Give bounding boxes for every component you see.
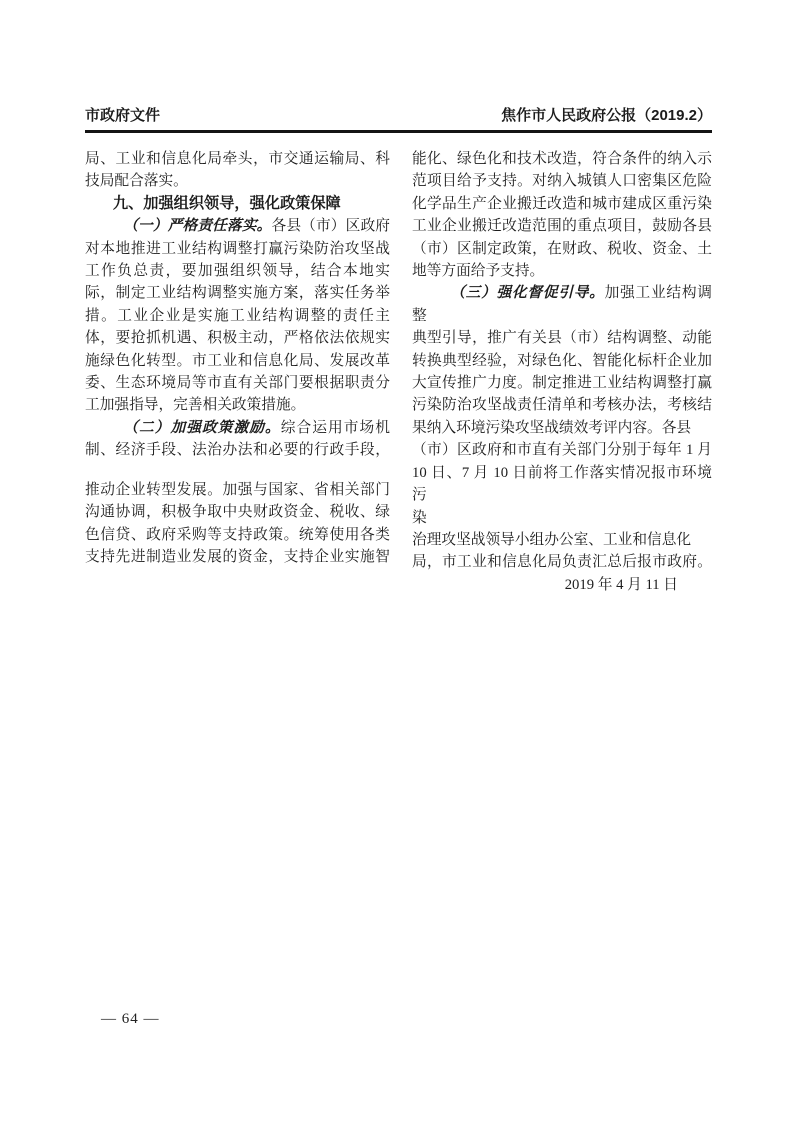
- body-text: 委、生态环境局等市直有关部门要根据职责分: [85, 375, 390, 391]
- section-heading-text: 九、加强组织领导，强化政策保障: [113, 195, 341, 212]
- text-line: 局，市工业和信息化局负责汇总后报市政府。: [412, 551, 712, 573]
- text-line: （市）区政府和市直有关部门分别于每年 1 月: [412, 439, 712, 461]
- text-line: 治理攻坚战领导小组办公室、工业和信息化: [412, 529, 712, 551]
- text-line: 局、工业和信息化局牵头，市交通运输局、科: [85, 148, 390, 170]
- text-line: 10 日、7 月 10 日前将工作落实情况报市环境污: [412, 462, 712, 507]
- text-line: 对本地推进工业结构调整打赢污染防治攻坚战: [85, 238, 390, 260]
- body-columns: 局、工业和信息化局牵头，市交通运输局、科技局配合落实。九、加强组织领导，强化政策…: [85, 148, 712, 596]
- page-header: 市政府文件 焦作市人民政府公报（2019.2）: [85, 107, 712, 133]
- body-text: 10 日、7 月 10 日前将工作落实情况报市环境污: [412, 465, 712, 503]
- body-text: 支持先进制造业发展的资金，支持企业实施智: [85, 549, 390, 565]
- text-line: 地等方面给予支持。: [412, 260, 712, 282]
- text-line: 污染防治攻坚战责任清单和考核办法，考核结: [412, 394, 712, 416]
- paragraph-lead-line: （一）严格责任落实。各县（市）区政府: [85, 215, 390, 237]
- body-text: 工加强指导，完善相关政策措施。: [85, 397, 305, 413]
- text-line: 范项目给予支持。对纳入城镇人口密集区危险: [412, 170, 712, 192]
- body-text: 施绿色化转型。市工业和信息化局、发展改革: [85, 353, 390, 369]
- text-line: 措。工业企业是实施工业结构调整的责任主: [85, 305, 390, 327]
- body-text: （市）区政府和市直有关部门分别于每年 1 月: [412, 442, 712, 458]
- text-line: 委、生态环境局等市直有关部门要根据职责分: [85, 372, 390, 394]
- body-text: 能化、绿色化和技术改造，符合条件的纳入示: [412, 151, 712, 167]
- body-text: 制、经济手段、法治办法和必要的行政手段，: [85, 442, 390, 458]
- paragraph-lead-text: （三）强化督促引导。: [450, 285, 604, 301]
- text-line: 沟通协调，积极争取中央财政资金、税收、绿: [85, 501, 390, 523]
- text-line: 化学品生产企业搬迁改造和城市建成区重污染: [412, 193, 712, 215]
- text-line: 工加强指导，完善相关政策措施。: [85, 394, 390, 416]
- body-text: 色信贷、政府采购等支持政策。统筹使用各类: [85, 527, 390, 543]
- text-line: （市）区制定政策，在财政、税收、资金、土: [412, 238, 712, 260]
- body-text: 局、工业和信息化局牵头，市交通运输局、科: [85, 151, 390, 167]
- body-text: （市）区制定政策，在财政、税收、资金、土: [412, 241, 712, 257]
- text-line: 色信贷、政府采购等支持政策。统筹使用各类: [85, 524, 390, 546]
- blank-line: [85, 462, 390, 479]
- date-line: 2019 年 4 月 11 日: [412, 574, 712, 596]
- text-line: 果纳入环境污染攻坚战绩效考评内容。各县: [412, 417, 712, 439]
- right-column: 能化、绿色化和技术改造，符合条件的纳入示范项目给予支持。对纳入城镇人口密集区危险…: [412, 148, 712, 596]
- text-line: 转换典型经验，对绿色化、智能化标杆企业加: [412, 350, 712, 372]
- text-line: 工业企业搬迁改造范围的重点项目，鼓励各县: [412, 215, 712, 237]
- body-text: 各县（市）区政府: [272, 218, 390, 234]
- page-content: 市政府文件 焦作市人民政府公报（2019.2） 局、工业和信息化局牵头，市交通运…: [85, 107, 712, 596]
- body-text: 推动企业转型发展。加强与国家、省相关部门: [85, 482, 390, 498]
- body-text: 地等方面给予支持。: [412, 263, 544, 279]
- body-text: 沟通协调，积极争取中央财政资金、税收、绿: [85, 504, 390, 520]
- text-line: 推动企业转型发展。加强与国家、省相关部门: [85, 479, 390, 501]
- header-left-title: 市政府文件: [85, 107, 160, 125]
- text-line: 能化、绿色化和技术改造，符合条件的纳入示: [412, 148, 712, 170]
- body-text: 措。工业企业是实施工业结构调整的责任主: [85, 308, 390, 324]
- body-text: 染: [412, 510, 427, 526]
- body-text: 果纳入环境污染攻坚战绩效考评内容。各县: [412, 420, 691, 436]
- document-page: 市政府文件 焦作市人民政府公报（2019.2） 局、工业和信息化局牵头，市交通运…: [0, 0, 793, 1122]
- header-right-title: 焦作市人民政府公报（2019.2）: [501, 107, 712, 125]
- text-line: 工作负总责，要加强组织领导，结合本地实: [85, 260, 390, 282]
- text-line: 技局配合落实。: [85, 170, 390, 192]
- body-text: 工业企业搬迁改造范围的重点项目，鼓励各县: [412, 218, 712, 234]
- text-line: 典型引导，推广有关县（市）结构调整、动能: [412, 327, 712, 349]
- text-line: 制、经济手段、法治办法和必要的行政手段，: [85, 439, 390, 461]
- body-text: 工作负总责，要加强组织领导，结合本地实: [85, 263, 390, 279]
- paragraph-lead-line: （二）加强政策激励。综合运用市场机: [85, 417, 390, 439]
- body-text: 典型引导，推广有关县（市）结构调整、动能: [412, 330, 712, 346]
- body-text: 体，要抢抓机遇、积极主动，严格依法依规实: [85, 330, 390, 346]
- text-line: 支持先进制造业发展的资金，支持企业实施智: [85, 546, 390, 568]
- body-text: 对本地推进工业结构调整打赢污染防治攻坚战: [85, 241, 390, 257]
- text-line: 际，制定工业结构调整实施方案，落实任务举: [85, 282, 390, 304]
- body-text: 污染防治攻坚战责任清单和考核办法，考核结: [412, 397, 712, 413]
- section-heading: 九、加强组织领导，强化政策保障: [85, 193, 390, 215]
- paragraph-lead-line: （三）强化督促引导。加强工业结构调整: [412, 282, 712, 327]
- body-text: 局，市工业和信息化局负责汇总后报市政府。: [412, 554, 712, 570]
- left-column: 局、工业和信息化局牵头，市交通运输局、科技局配合落实。九、加强组织领导，强化政策…: [85, 148, 390, 596]
- text-line: 体，要抢抓机遇、积极主动，严格依法依规实: [85, 327, 390, 349]
- body-text: 2019 年 4 月 11 日: [565, 577, 678, 593]
- body-text: 转换典型经验，对绿色化、智能化标杆企业加: [412, 353, 712, 369]
- body-text: 综合运用市场机: [281, 420, 390, 436]
- text-line: 大宣传推广力度。制定推进工业结构调整打赢: [412, 372, 712, 394]
- body-text: 大宣传推广力度。制定推进工业结构调整打赢: [412, 375, 712, 391]
- page-number: — 64 —: [101, 1011, 160, 1028]
- paragraph-lead-text: （一）严格责任落实。: [123, 218, 271, 234]
- text-line: 施绿色化转型。市工业和信息化局、发展改革: [85, 350, 390, 372]
- body-text: 治理攻坚战领导小组办公室、工业和信息化: [412, 532, 691, 548]
- paragraph-lead-text: （二）加强政策激励。: [123, 420, 281, 436]
- body-text: 技局配合落实。: [85, 173, 188, 189]
- body-text: 化学品生产企业搬迁改造和城市建成区重污染: [412, 196, 712, 212]
- body-text: 际，制定工业结构调整实施方案，落实任务举: [85, 285, 390, 301]
- body-text: 范项目给予支持。对纳入城镇人口密集区危险: [412, 173, 712, 189]
- text-line: 染: [412, 507, 712, 529]
